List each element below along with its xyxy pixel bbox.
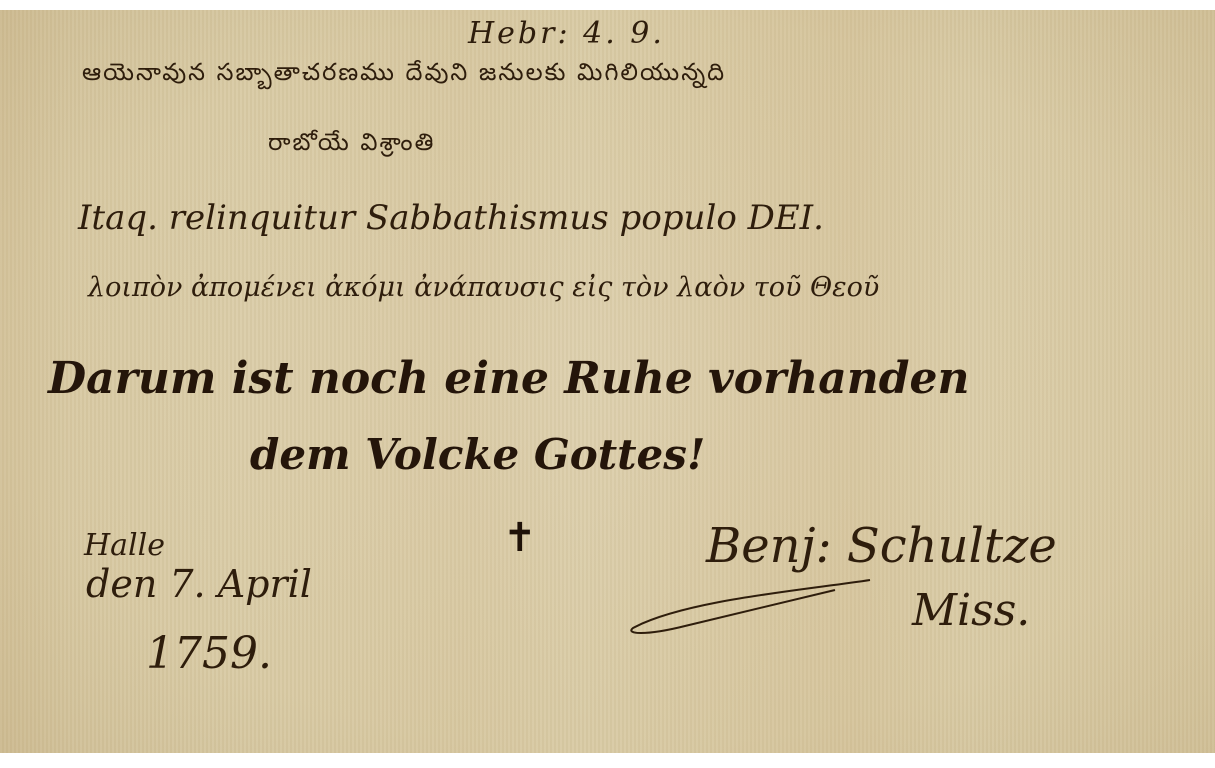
signature-flourish (625, 570, 875, 640)
german-text-line-2: dem Volcke Gottes! (250, 430, 705, 479)
signature-name: Benj: Schultze (706, 518, 1057, 574)
greek-text-line: λοιπὸν ἀπομένει ἀκόμι ἀνάπαυσις εἰς τὸν … (88, 272, 879, 303)
date-text: den 7. April (86, 562, 312, 606)
cross-icon: ✝ (503, 515, 537, 561)
place-name: Halle (84, 528, 165, 563)
signature-title: Miss. (912, 585, 1030, 636)
telugu-text-line-1: ఆయెనావున సబ్బాతాచరణము దేవుని జనులకు మిగి… (82, 58, 726, 92)
german-text-line-1: Darum ist noch eine Ruhe vorhanden (48, 353, 970, 404)
scripture-reference: Hebr: 4. 9. (468, 16, 665, 51)
latin-text-line: Itaq. relinquitur Sabbathismus populo DE… (78, 198, 824, 238)
year-text: 1759. (146, 628, 272, 679)
manuscript-page: Hebr: 4. 9. ఆయెనావున సబ్బాతాచరణము దేవుని… (0, 10, 1215, 753)
telugu-text-line-2: రాబోయే విశ్రాంతి (268, 128, 435, 162)
